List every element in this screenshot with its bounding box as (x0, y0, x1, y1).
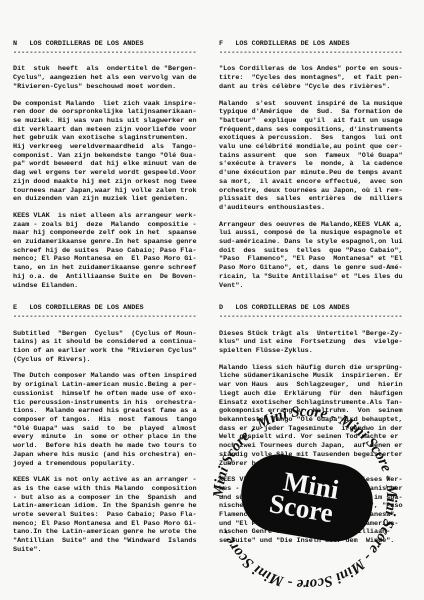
heading-rule: ----------------------------------------… (219, 49, 420, 58)
dutch-paragraph-2: De componist Malando liet zich vaak insp… (13, 100, 214, 204)
heading-rule: ----------------------------------------… (13, 49, 214, 58)
dutch-paragraph-3: KEES VLAK is niet alleen als arrangeur w… (13, 212, 214, 290)
section-dutch: N LOS CORDILLERAS DE LOS ANDES ---------… (13, 40, 214, 290)
heading-rule: ----------------------------------------… (219, 313, 420, 322)
stamp-word-score: Score (268, 491, 335, 526)
section-german-heading: D LOS CORDILLERAS DE LOS ANDES (219, 304, 420, 313)
section-english-heading: E LOS CORDILLERAS DE LOS ANDES (13, 304, 214, 313)
section-english: E LOS CORDILLERAS DE LOS ANDES ---------… (13, 304, 214, 554)
german-paragraph-1: Dieses Stück trägt als Untertitel "Berge… (219, 330, 420, 356)
dutch-paragraph-1: Dit stuk heeft als ondertitel de "Bergen… (13, 65, 214, 91)
english-paragraph-3: KEES VLAK is not only active as an arran… (13, 476, 214, 554)
english-paragraph-2: The Dutch composer Malando was often ins… (13, 372, 214, 468)
heading-rule: ----------------------------------------… (13, 313, 214, 322)
french-paragraph-1: "Los Cordilleras de los Andes" porte en … (219, 65, 420, 91)
left-column: N LOS CORDILLERAS DE LOS ANDES ---------… (13, 40, 214, 555)
english-paragraph-1: Subtitled "Bergen Cyclus" (Cyclus of Mou… (13, 330, 214, 365)
section-french: F LOS CORDILLERAS DE LOS ANDES ---------… (219, 40, 420, 290)
section-french-heading: F LOS CORDILLERAS DE LOS ANDES (219, 40, 420, 49)
french-paragraph-3: Arrangeur des oeuvres de Malando,KEES VL… (219, 221, 420, 291)
french-paragraph-2: Malando s'est souvent inspiré de la musi… (219, 100, 420, 213)
section-dutch-heading: N LOS CORDILLERAS DE LOS ANDES (13, 40, 214, 49)
liner-notes-page: N LOS CORDILLERAS DE LOS ANDES ---------… (0, 0, 424, 600)
